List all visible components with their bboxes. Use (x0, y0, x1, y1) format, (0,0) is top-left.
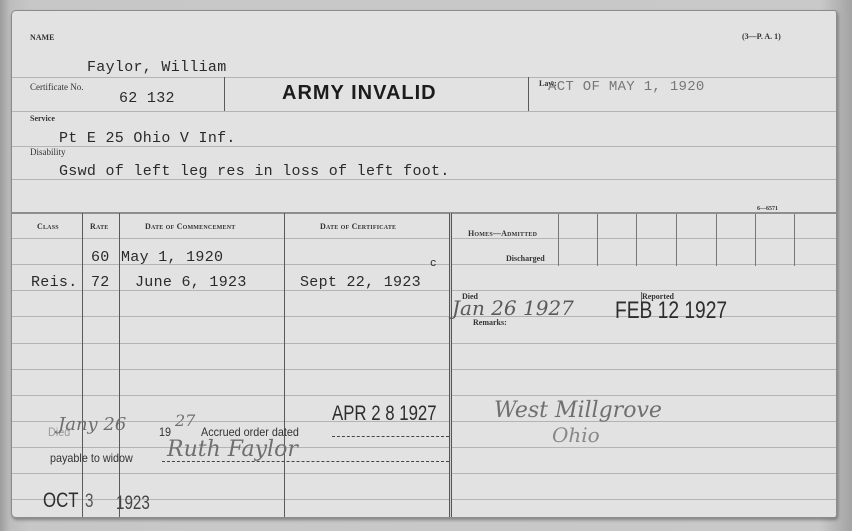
bottom-stamp-day: 3 (85, 491, 93, 513)
accrued-order-date-stamp: APR 2 8 1927 (332, 402, 437, 426)
homes-grid-line (755, 214, 756, 266)
service-value: Pt E 25 Ohio V Inf. (59, 130, 236, 147)
name-label: NAME (30, 33, 54, 42)
row2-commencement: June 6, 1923 (135, 274, 247, 291)
header-class: Class (37, 222, 59, 231)
row1-rate: 60 (91, 249, 110, 266)
stock-number: 6—6571 (757, 206, 778, 212)
rule (12, 77, 836, 78)
died-value: Jan 26 1927 (452, 296, 574, 320)
row2-class: Reis. (31, 274, 78, 291)
service-label: Service (30, 114, 55, 123)
remarks-line1: West Millgrove (494, 398, 662, 423)
row1-commencement: May 1, 1920 (121, 249, 223, 266)
header-rate: Rate (90, 222, 108, 231)
homes-grid-line (558, 214, 559, 266)
remarks-line2: Ohio (552, 423, 600, 447)
disability-label: Disability (30, 147, 66, 157)
column-divider (82, 213, 83, 518)
homes-grid-line (676, 214, 677, 266)
form-code: (3—P. A. 1) (742, 32, 781, 41)
bottom-stamp-year: 1923 (116, 493, 150, 515)
certificate-label: Certificate No. (30, 82, 83, 92)
accrued-year-value: 27 (175, 411, 195, 430)
divider (528, 77, 529, 111)
certificate-value: 62 132 (119, 90, 175, 107)
header-date-commencement: Date of Commencement (145, 222, 235, 231)
rule (12, 369, 836, 370)
homes-discharged-label: Discharged (506, 254, 545, 263)
accrued-order-line (332, 436, 449, 437)
payable-label: payable to widow (50, 451, 133, 465)
payable-value: Ruth Faylor (167, 437, 298, 462)
disability-value: Gswd of left leg res in loss of left foo… (59, 163, 450, 180)
reported-value: FEB 12 1927 (615, 297, 727, 325)
remarks-label: Remarks: (473, 318, 507, 327)
column-divider (119, 213, 120, 518)
rule (12, 238, 836, 239)
row2-certificate: Sept 22, 1923 (300, 274, 421, 291)
name-value: Faylor, William (87, 59, 227, 76)
rule (12, 473, 836, 474)
homes-grid-line (636, 214, 637, 266)
homes-grid-line (716, 214, 717, 266)
rule (12, 447, 836, 448)
bottom-stamp-month: OCT (43, 489, 78, 513)
table-top-rule (12, 212, 836, 214)
divider (224, 77, 225, 111)
certificate-mark: c (430, 258, 437, 270)
law-value: ACT OF MAY 1, 1920 (548, 79, 705, 95)
homes-grid-line (794, 214, 795, 266)
pension-index-card: NAME (3—P. A. 1) Faylor, William Certifi… (11, 10, 837, 518)
homes-grid-line (597, 214, 598, 266)
column-divider (284, 213, 285, 518)
card-title: ARMY INVALID (282, 82, 437, 105)
homes-admitted-label: Homes—Admitted (468, 229, 537, 238)
rule (12, 111, 836, 112)
header-date-certificate: Date of Certificate (320, 222, 396, 231)
rule (12, 395, 836, 396)
rule (12, 343, 836, 344)
row2-rate: 72 (91, 274, 110, 291)
accrued-died-value: Jany 26 (58, 414, 126, 435)
section-divider (449, 213, 452, 518)
